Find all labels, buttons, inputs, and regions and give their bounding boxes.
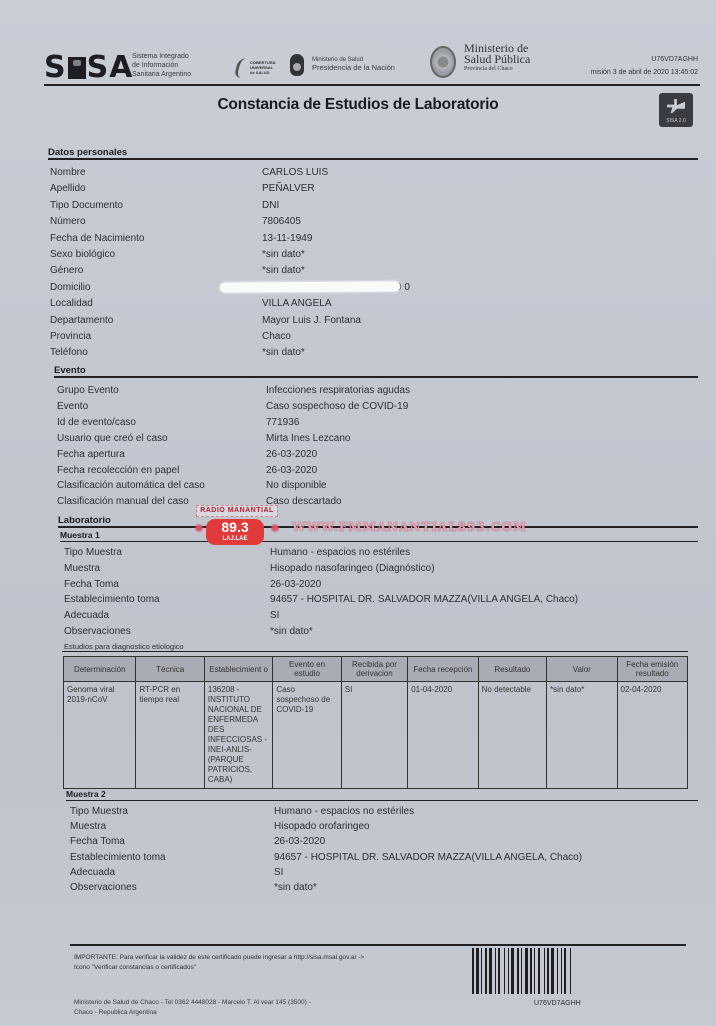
field-label: Observaciones — [70, 882, 137, 893]
field-label: Grupo Evento — [57, 385, 119, 396]
field-label: Localidad — [50, 298, 93, 309]
column-header: Evento en estudio — [273, 657, 341, 682]
field-value: Mayor Luis J. Fontana — [262, 315, 361, 326]
document-code: U76VD7AGHH — [651, 56, 698, 63]
field-label: Id de evento/caso — [57, 417, 136, 428]
field-label: Teléfono — [50, 347, 88, 358]
table-cell: 02-04-2020 — [617, 682, 688, 789]
chaco-line2: Salud Pública — [464, 54, 530, 65]
table-cell: SI — [341, 682, 407, 789]
splash-icon — [270, 523, 280, 533]
field-value: *sin dato* — [262, 265, 305, 276]
table-header-row: DeterminaciónTécnicaEstablecimient oEven… — [64, 657, 688, 682]
field-value: Caso sospechoso de COVID-19 — [266, 401, 408, 412]
section-laboratorio: Laboratorio — [58, 515, 111, 526]
watermark-frequency: 89.3 — [221, 519, 248, 535]
field-value: *sin dato* — [262, 347, 305, 358]
watermark-url: WWW.FMMANANTIAL893.COM — [292, 520, 527, 534]
field-label: Fecha Toma — [70, 836, 125, 847]
field-label: Adecuada — [64, 610, 109, 621]
header: SSA Sistema Integrado de Información San… — [44, 46, 700, 86]
section-muestra-2: Muestra 2 — [66, 789, 106, 799]
field-value: Humano - espacios no estériles — [274, 806, 414, 817]
column-header: Determinación — [64, 657, 136, 682]
emission-timestamp: misión 3 de abril de 2020 13:45:02 — [591, 69, 698, 76]
field-value: Hisopado orofaringeo — [274, 821, 370, 832]
field-value: Chaco — [262, 331, 291, 342]
field-label: Establecimiento toma — [64, 594, 160, 605]
column-header: Técnica — [136, 657, 204, 682]
ministerio-nacion-label: Ministerio de Salud Presidencia de la Na… — [312, 56, 395, 72]
section-divider — [60, 541, 698, 542]
ministerio-chaco-label: Ministerio de Salud Pública Provincia de… — [464, 43, 530, 74]
section-muestra-1: Muestra 1 — [60, 530, 100, 540]
estudios-heading: Estudios para diagnostico etiologico — [64, 642, 184, 651]
important-notice: IMPORTANTE: Para verificar la validez de… — [74, 953, 374, 973]
sisa-logo: SSA — [44, 50, 133, 85]
field-value: PEÑALVER — [262, 183, 315, 194]
field-label: Número — [50, 216, 86, 227]
field-value: 771936 — [266, 417, 299, 428]
column-header: Fecha recepción — [408, 657, 478, 682]
watermark-sub: LAJ.LAE — [206, 535, 264, 543]
document-page: SSA Sistema Integrado de Información San… — [0, 0, 716, 1026]
field-label: Apellido — [50, 183, 86, 194]
field-label: Tipo Muestra — [64, 547, 122, 558]
redaction-mark — [220, 281, 400, 292]
table-cell: 136208 - INSTITUTO NACIONAL DE ENFERMEDA… — [204, 682, 272, 789]
sisa-subtitle: Sistema Integrado de Información Sanitar… — [132, 52, 212, 79]
sisa-subtitle-line: Sanitaria Argentino — [132, 70, 212, 79]
field-value: Infecciones respiratorias agudas — [266, 385, 410, 396]
sisa-subtitle-line: Sistema Integrado — [132, 52, 212, 61]
field-label: Sexo biológico — [50, 249, 115, 260]
field-value: 26-03-2020 — [270, 579, 321, 590]
field-value: 94657 - HOSPITAL DR. SALVADOR MAZZA(VILL… — [270, 594, 578, 605]
watermark-top-text: RADIO MANANTIAL — [196, 505, 278, 517]
field-label: Fecha Toma — [64, 579, 119, 590]
field-value: SI — [274, 867, 283, 878]
field-value: 94657 - HOSPITAL DR. SALVADOR MAZZA(VILL… — [274, 852, 582, 863]
ucs-text: de SALUD — [250, 70, 280, 75]
table-cell: RT-PCR en tiempo real — [136, 682, 204, 789]
sisa-subtitle-line: de Información — [132, 61, 212, 70]
field-label: Muestra — [70, 821, 106, 832]
section-datos-personales: Datos personales — [48, 147, 127, 158]
field-value: 26-03-2020 — [274, 836, 325, 847]
section-divider — [54, 376, 698, 378]
field-label: Adecuada — [70, 867, 115, 878]
watermark-frequency-badge: 89.3 LAJ.LAE — [206, 519, 264, 545]
chaco-seal-icon — [430, 46, 456, 78]
column-header: Establecimient o — [204, 657, 272, 682]
column-header: Fecha emisión resultado — [617, 657, 688, 682]
field-label: Tipo Documento — [50, 200, 123, 211]
sisa-badge: SISA 2.0 — [659, 93, 693, 127]
table-row: Genoma viral 2019-nCoVRT-PCR en tiempo r… — [64, 682, 688, 789]
table-cell: *sin dato* — [547, 682, 617, 789]
field-label: Domicilio — [50, 282, 91, 293]
section-divider — [66, 800, 698, 801]
section-divider — [48, 158, 698, 160]
field-label: Tipo Muestra — [70, 806, 128, 817]
field-value: Humano - espacios no estériles — [270, 547, 410, 558]
barcode-code: U76VD7AGHH — [534, 1000, 581, 1007]
table-body: Genoma viral 2019-nCoVRT-PCR en tiempo r… — [64, 682, 688, 789]
field-label: Clasificación automática del caso — [57, 480, 205, 491]
field-value: 7806405 — [262, 216, 301, 227]
page-title: Constancia de Estudios de Laboratorio — [0, 96, 716, 114]
field-value: *sin dato* — [274, 882, 317, 893]
table-cell: Caso sospechoso de COVID-19 — [273, 682, 341, 789]
splash-icon — [194, 523, 204, 533]
field-label: Fecha apertura — [57, 449, 125, 460]
field-value: DNI — [262, 200, 279, 211]
field-label: Observaciones — [64, 626, 131, 637]
header-divider — [44, 84, 700, 86]
nacion-line2: Presidencia de la Nación — [312, 64, 395, 72]
field-label: Clasificación manual del caso — [57, 496, 189, 507]
field-value: 13-11-1949 — [262, 233, 312, 244]
column-header: Recibida por derivacion — [341, 657, 407, 682]
argentina-coat-of-arms-icon — [290, 54, 304, 76]
field-label: Muestra — [64, 563, 100, 574]
field-value: *sin dato* — [262, 249, 305, 260]
field-label: Usuario que creó el caso — [57, 433, 168, 444]
field-value: 26-03-2020 — [266, 449, 317, 460]
column-header: Resultado — [478, 657, 546, 682]
field-value: No disponible — [266, 480, 327, 491]
field-label: Nombre — [50, 167, 86, 178]
table-cell: Genoma viral 2019-nCoV — [64, 682, 136, 789]
field-label: Evento — [57, 401, 88, 412]
sisa-badge-label: SISA 2.0 — [659, 118, 693, 124]
section-evento: Evento — [54, 365, 86, 376]
field-value: 26-03-2020 — [266, 465, 317, 476]
ministry-contact: Ministerio de Salud de Chaco - Tel 0362 … — [74, 998, 324, 1018]
section-divider — [62, 651, 688, 652]
field-value: Mirta Ines Lezcano — [266, 433, 351, 444]
column-header: Valor — [547, 657, 617, 682]
field-label: Género — [50, 265, 83, 276]
field-value: *sin dato* — [270, 626, 313, 637]
footer-divider — [70, 944, 686, 946]
field-label: Departamento — [50, 315, 113, 326]
field-value: VILLA ANGELA — [262, 298, 332, 309]
field-value: SI — [270, 610, 279, 621]
barcode — [472, 948, 652, 994]
field-value: CARLOS LUIS — [262, 167, 328, 178]
cobertura-universal-logo: COBERTURA UNIVERSAL de SALUD — [236, 56, 276, 80]
estudios-table: DeterminaciónTécnicaEstablecimient oEven… — [63, 656, 688, 789]
chaco-line3: Provincia del Chaco — [464, 65, 530, 74]
table-cell: No detectable — [478, 682, 546, 789]
field-label: Provincia — [50, 331, 91, 342]
sisa-figure-icon — [667, 99, 685, 113]
field-label: Fecha de Nacimiento — [50, 233, 145, 244]
field-label: Establecimiento toma — [70, 852, 166, 863]
field-value: Hisopado nasofaringeo (Diagnóstico) — [270, 563, 435, 574]
table-cell: 01-04-2020 — [408, 682, 478, 789]
field-label: Fecha recolección en papel — [57, 465, 179, 476]
